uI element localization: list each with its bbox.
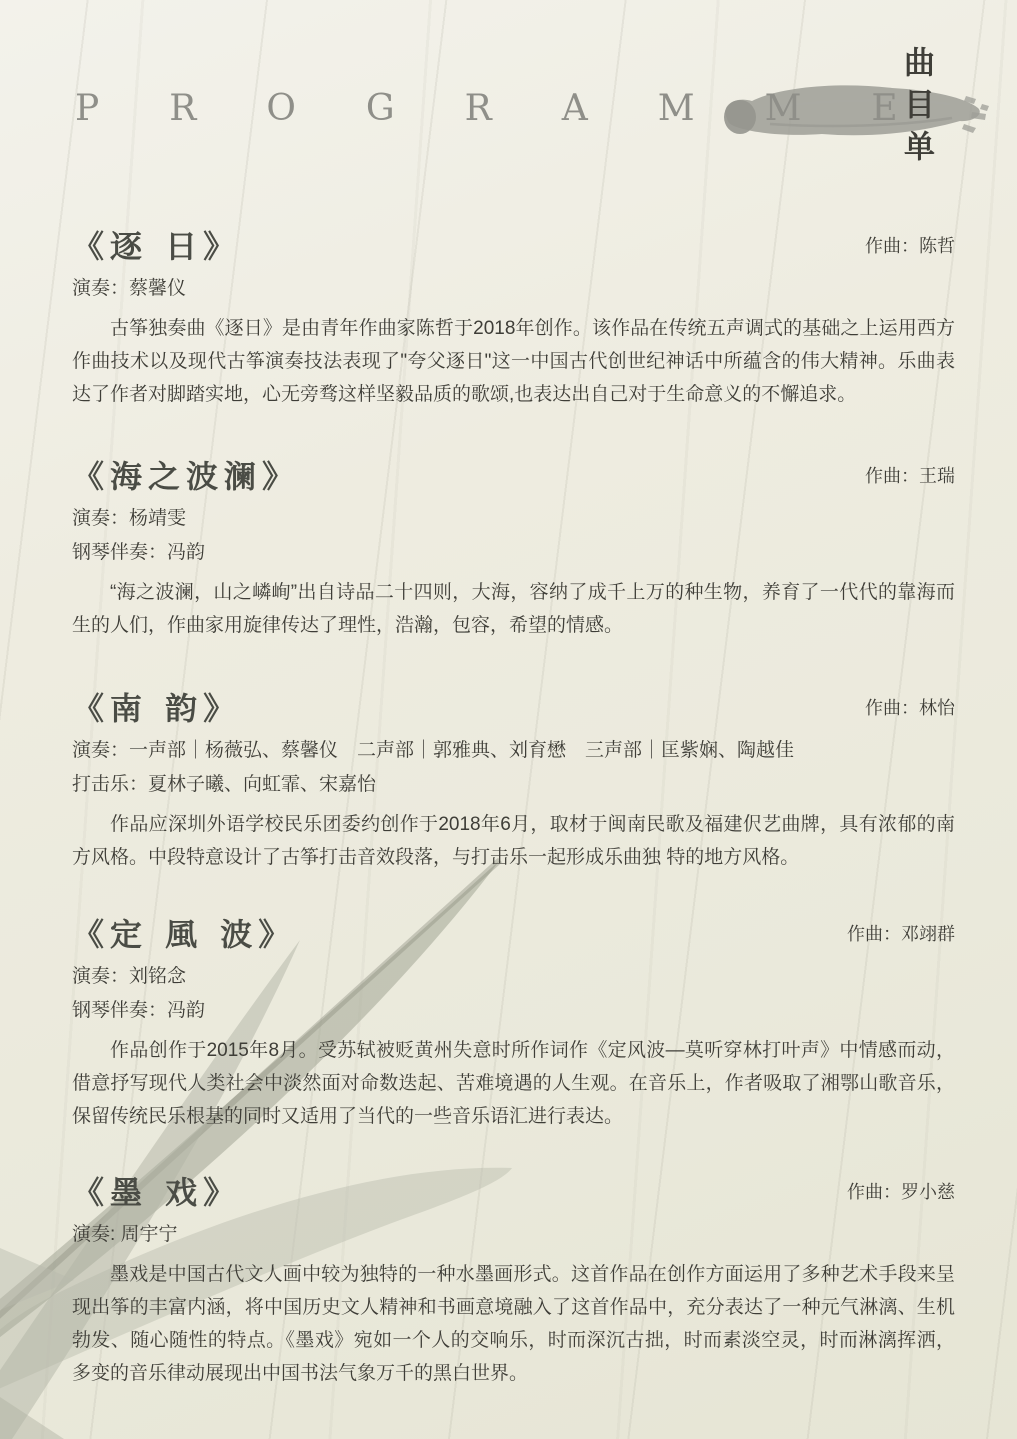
piece-section-zhuri: 《逐 日》 作曲：陈哲 演奏：蔡馨仪 古筝独奏曲《逐日》是由青年作曲家陈哲于20… <box>72 222 955 411</box>
performer-credit: 演奏: 周宇宁 <box>72 1218 955 1252</box>
performer-credit: 演奏：杨靖雯 <box>72 502 955 536</box>
performer-credit: 演奏：刘铭念 <box>72 960 955 994</box>
piano-credit: 钢琴伴奏：冯韵 <box>72 994 955 1028</box>
composer-credit: 作曲：罗小慈 <box>847 1178 955 1204</box>
programme-title-en: PROGRAMME <box>75 88 968 129</box>
composer-credit: 作曲：陈哲 <box>865 232 955 258</box>
piece-title-row: 《海之波澜》 作曲：王瑞 <box>72 452 955 498</box>
piece-description: 墨戏是中国古代文人画中较为独特的一种水墨画形式。这首作品在创作方面运用了多种艺术… <box>72 1258 955 1390</box>
performer-credit: 演奏：蔡馨仪 <box>72 272 955 306</box>
piece-description: 古筝独奏曲《逐日》是由青年作曲家陈哲于2018年创作。该作品在传统五声调式的基础… <box>72 312 955 411</box>
composer-credit: 作曲：王瑞 <box>865 462 955 488</box>
piece-title: 《墨 戏》 <box>72 1169 241 1214</box>
piano-credit: 钢琴伴奏：冯韵 <box>72 536 955 570</box>
composer-credit: 作曲：林怡 <box>865 694 955 720</box>
piece-title: 《定 風 波》 <box>72 911 296 956</box>
piece-title: 《南 韵》 <box>72 685 241 730</box>
piece-title-row: 《逐 日》 作曲：陈哲 <box>72 222 955 268</box>
piece-description: 作品应深圳外语学校民乐团委约创作于2018年6月，取材于闽南民歌及福建伬艺曲牌，… <box>72 808 955 874</box>
piece-title-row: 《南 韵》 作曲：林怡 <box>72 684 955 730</box>
piece-description: 作品创作于2015年8月。受苏轼被贬黄州失意时所作词作《定风波—莫听穿林打叶声》… <box>72 1034 955 1133</box>
piece-section-dingfengbo: 《定 風 波》 作曲：邓翊群 演奏：刘铭念 钢琴伴奏：冯韵 作品创作于2015年… <box>72 910 955 1133</box>
piece-description: “海之波澜，山之嶙峋”出自诗品二十四则，大海，容纳了成千上万的种生物，养育了一代… <box>72 576 955 642</box>
programme-title-zh: 曲目单 <box>894 46 939 172</box>
piece-title: 《海之波澜》 <box>72 453 300 498</box>
piece-title-row: 《墨 戏》 作曲：罗小慈 <box>72 1168 955 1214</box>
performer-credit: 演奏：一声部｜杨薇弘、蔡馨仪 二声部｜郭雅典、刘育懋 三声部｜匡紫娴、陶越佳 <box>72 734 955 768</box>
percussion-credit: 打击乐：夏林子曦、向虹霏、宋嘉怡 <box>72 768 955 802</box>
piece-title: 《逐 日》 <box>72 223 241 268</box>
piece-title-row: 《定 風 波》 作曲：邓翊群 <box>72 910 955 956</box>
composer-credit: 作曲：邓翊群 <box>847 920 955 946</box>
piece-section-nanyun: 《南 韵》 作曲：林怡 演奏：一声部｜杨薇弘、蔡馨仪 二声部｜郭雅典、刘育懋 三… <box>72 684 955 874</box>
piece-section-moxi: 《墨 戏》 作曲：罗小慈 演奏: 周宇宁 墨戏是中国古代文人画中较为独特的一种水… <box>72 1168 955 1390</box>
piece-section-haizhibolan: 《海之波澜》 作曲：王瑞 演奏：杨靖雯 钢琴伴奏：冯韵 “海之波澜，山之嶙峋”出… <box>72 452 955 642</box>
programme-page: PROGRAMME 曲目单 《逐 日》 作曲：陈哲 演奏：蔡馨仪 古筝独奏曲《逐… <box>0 0 1017 1439</box>
